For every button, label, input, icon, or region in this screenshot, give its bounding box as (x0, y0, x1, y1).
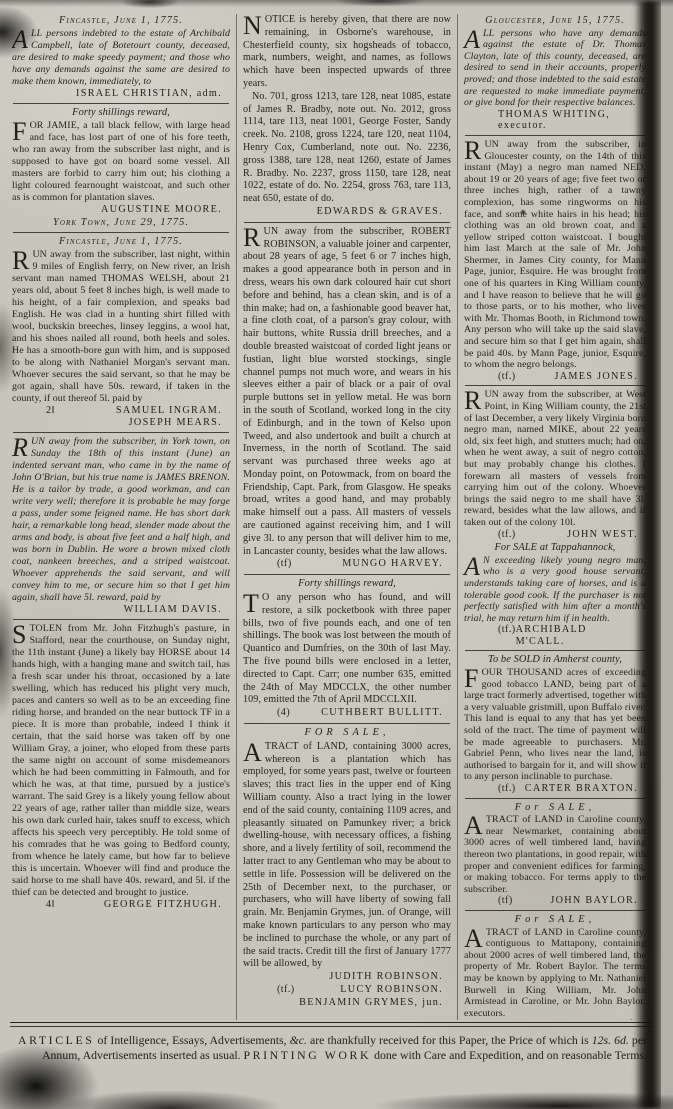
columns-area: Fincastle, June 1, 1775.ALL persons inde… (12, 14, 646, 1020)
ad-paragraph: RUN away from the subscriber, in York to… (12, 436, 230, 604)
advertisement: RUN away from the subscriber, in Glouces… (464, 139, 646, 382)
ad-divider (465, 135, 645, 136)
ad-body-text: UN away from the subscriber, in York tow… (12, 436, 230, 603)
footer-text: &c. (290, 1033, 307, 1047)
ad-dateline: Fincastle, June 1, 1775. (12, 15, 230, 27)
ad-body-text: TRACT of LAND, containing 3000 acres, wh… (243, 741, 451, 970)
drop-cap: A (464, 927, 486, 949)
ad-body-text: N exceeding likely young negro man, who … (464, 555, 646, 624)
ad-paragraph: ALL persons indebted to the estate of Ar… (12, 28, 230, 88)
ad-body-text: LL persons who have any demands against … (464, 28, 646, 109)
ad-signature: 2‖SAMUEL INGRAM. (12, 405, 230, 417)
advertisement: NOTICE is hereby given, that there are n… (243, 14, 451, 219)
signature-name: GEORGE FITZHUGH. (104, 899, 222, 911)
drop-cap: A (464, 28, 483, 50)
drop-cap: R (12, 436, 31, 458)
ad-signature: ISRAEL CHRISTIAN, adm. (12, 88, 230, 100)
signature-name: JOHN WEST. (567, 529, 638, 541)
ad-heading: To be SOLD in Amherst county, (464, 654, 646, 666)
ad-divider (13, 232, 229, 233)
ad-divider (465, 650, 645, 651)
ad-body-text: OTICE is hereby given, that there are no… (243, 14, 451, 89)
ad-signature: (tf.)LUCY ROBINSON. (243, 984, 451, 997)
drop-cap: R (464, 389, 484, 411)
signature-name: LUCY ROBINSON. (340, 984, 443, 997)
signature-name: JOSEPH MEARS. (129, 417, 222, 429)
ad-footline: York Town, June 29, 1775. (12, 217, 230, 229)
ad-heading: For SALE, (464, 802, 646, 814)
signature-mark: (tf.) (498, 783, 516, 795)
column-3: Gloucester, June 15, 1775.ALL persons wh… (464, 14, 646, 1020)
ad-divider (244, 574, 450, 575)
ad-paragraph: STOLEN from Mr. John Fitzhugh's pasture,… (12, 623, 230, 899)
ad-paragraph: RUN away from the subscriber, last night… (12, 249, 230, 405)
ad-dateline: Gloucester, June 15, 1775. (464, 15, 646, 27)
advertisement: Fincastle, June 1, 1775.RUN away from th… (12, 236, 230, 429)
signature-name: ARCHIBALD M'CALL. (516, 624, 638, 647)
ad-body-text: TRACT of LAND in Caroline county, contig… (464, 927, 646, 1019)
adjacent-page-edge (661, 0, 673, 1109)
ad-signature: EDWARDS & GRAVES. (243, 206, 451, 219)
drop-cap: R (243, 226, 263, 248)
advertisement: Forty shillings reward,FOR JAMIE, a tall… (12, 107, 230, 229)
ad-signature: (tf.)JOHN WEST. (464, 529, 646, 541)
ad-divider (13, 619, 229, 620)
ad-signature: (tf.)CARTER BRAXTON. (464, 783, 646, 795)
ad-heading: FOR SALE, (243, 727, 451, 740)
signature-mark: (tf) (277, 558, 292, 571)
ad-paragraph: ATRACT of LAND in Caroline county, near … (464, 814, 646, 895)
ad-paragraph: RUN away from the subscriber, in Glouces… (464, 139, 646, 371)
signature-name: ISRAEL CHRISTIAN, adm. (76, 88, 222, 100)
ad-paragraph: AN exceeding likely young negro man, who… (464, 555, 646, 625)
ad-body-text: OR JAMIE, a tall black fellow, with larg… (12, 120, 230, 203)
ad-signature: AUGUSTINE MOORE. (12, 204, 230, 216)
advertisement: To be SOLD in Amherst county,FOUR THOUSA… (464, 654, 646, 794)
advertisement: RUN away from the subscriber, ROBERT ROB… (243, 226, 451, 572)
footer-caps-text: PRINTING WORK (244, 1048, 372, 1062)
ad-signature: 4‖GEORGE FITZHUGH. (12, 899, 230, 911)
ad-heading: Forty shillings reward, (12, 107, 230, 119)
ad-paragraph: ALL persons who have any demands against… (464, 28, 646, 109)
ad-divider (13, 432, 229, 433)
drop-cap: A (464, 814, 486, 836)
footer-text: are thankfully received for this Paper, … (307, 1033, 592, 1047)
advertisement: STOLEN from Mr. John Fitzhugh's pasture,… (12, 623, 230, 911)
footer-text: done with Care and Expedition, and on re… (371, 1048, 647, 1062)
ad-signature: JOSEPH MEARS. (12, 417, 230, 429)
advertisement: FOR SALE,ATRACT of LAND, containing 3000… (243, 727, 451, 1010)
footer-caps-text: ARTICLES (18, 1033, 94, 1047)
signature-name: CUTHBERT BULLITT. (321, 707, 443, 720)
advertisement: RUN away from the subscriber, at West Po… (464, 389, 646, 540)
drop-cap: R (464, 139, 484, 161)
signature-name: JOHN BAYLOR. (550, 895, 638, 907)
ad-signature: (4)CUTHBERT BULLITT. (243, 707, 451, 720)
column-rule (457, 14, 458, 1020)
ad-body-text: O any person who has found, and will res… (243, 592, 451, 705)
drop-cap: A (243, 741, 265, 763)
ad-body-text: UN away from the subscriber, last night,… (12, 249, 230, 404)
newspaper-page: Fincastle, June 1, 1775.ALL persons inde… (0, 0, 673, 1109)
advertisement: For SALE at Tappahannock,AN exceeding li… (464, 542, 646, 647)
signature-name: AUGUSTINE MOORE. (101, 204, 222, 216)
ad-body-text: UN away from the subscriber, ROBERT ROBI… (243, 226, 451, 557)
ad-divider (244, 222, 450, 223)
ad-body-text: UN away from the subscriber, at West Poi… (464, 389, 646, 528)
ad-signature: BENJAMIN GRYMES, jun. (243, 997, 451, 1010)
ad-divider (465, 798, 645, 799)
drop-cap: F (12, 120, 30, 142)
signature-mark: (tf.) (498, 529, 516, 541)
signature-name: JAMES JONES. (554, 371, 638, 383)
column-1: Fincastle, June 1, 1775.ALL persons inde… (12, 14, 230, 1020)
signature-mark: 4‖ (46, 899, 55, 911)
drop-cap: F (464, 667, 482, 689)
ad-signature: (tf.)ARCHIBALD M'CALL. (464, 624, 646, 647)
ad-signature: (tf)JOHN BAYLOR. (464, 895, 646, 907)
ad-heading: For SALE at Tappahannock, (464, 542, 646, 554)
drop-cap: T (243, 592, 262, 614)
advertisement: Gloucester, June 15, 1775.ALL persons wh… (464, 15, 646, 132)
ad-signature: WILLIAM DAVIS. (12, 604, 230, 616)
ad-body-text: TOLEN from Mr. John Fitzhugh's pasture, … (12, 623, 230, 898)
footer-notice: ARTICLES of Intelligence, Essays, Advert… (16, 1033, 647, 1062)
ad-paragraph: RUN away from the subscriber, at West Po… (464, 389, 646, 528)
ad-paragraph: FOUR THOUSAND acres of exceeding good to… (464, 667, 646, 783)
drop-cap: R (12, 249, 32, 271)
ad-signature: (tf)MUNGO HARVEY. (243, 558, 451, 571)
ad-body-text: LL persons indebted to the estate of Arc… (12, 28, 230, 87)
footer-divider (10, 1022, 651, 1027)
advertisement: For SALE,ATRACT of LAND in Caroline coun… (464, 914, 646, 1020)
ad-paragraph: RUN away from the subscriber, ROBERT ROB… (243, 226, 451, 559)
footer-text: of Intelligence, Essays, Advertisements, (94, 1033, 289, 1047)
ad-paragraph: TO any person who has found, and will re… (243, 592, 451, 707)
drop-cap: N (243, 14, 265, 36)
signature-name: BENJAMIN GRYMES, jun. (299, 997, 443, 1010)
signature-mark: (tf.) (498, 624, 516, 647)
ad-body-text: UN away from the subscriber, in Gloucest… (464, 139, 646, 370)
advertisement: RUN away from the subscriber, in York to… (12, 436, 230, 616)
advertisement: For SALE,ATRACT of LAND in Caroline coun… (464, 802, 646, 907)
ad-paragraph: NOTICE is hereby given, that there are n… (243, 14, 451, 91)
ad-paragraph: ATRACT of LAND in Caroline county, conti… (464, 927, 646, 1020)
signature-name: CARTER BRAXTON. (525, 783, 638, 795)
ad-signature: (tf.)JAMES JONES. (464, 371, 646, 383)
ad-signature: THOMAS WHITING, executor. (464, 109, 646, 132)
signature-mark: 2‖ (46, 405, 55, 417)
signature-name: SAMUEL INGRAM. (116, 405, 222, 417)
signature-mark: (4) (277, 707, 290, 720)
signature-mark: (tf.) (498, 371, 516, 383)
signature-mark: (tf.) (277, 984, 295, 997)
ad-divider (465, 910, 645, 911)
signature-name: MUNGO HARVEY. (342, 558, 443, 571)
page-gutter-shadow (634, 0, 664, 1109)
signature-name: THOMAS WHITING, executor. (498, 109, 638, 132)
advertisement: Forty shillings reward,TO any person who… (243, 578, 451, 720)
footer-text: 12s. 6d. (592, 1033, 629, 1047)
ad-paragraph: ATRACT of LAND, containing 3000 acres, w… (243, 741, 451, 971)
ad-divider (244, 723, 450, 724)
ad-divider (465, 385, 645, 386)
ad-heading: For SALE, (464, 914, 646, 926)
column-rule (236, 14, 237, 1020)
ad-signature: JUDITH ROBINSON. (243, 971, 451, 984)
signature-mark: (tf) (498, 895, 513, 907)
ad-signature: (tf) (464, 1019, 646, 1020)
drop-cap: S (12, 623, 30, 645)
column-2: NOTICE is hereby given, that there are n… (243, 14, 451, 1020)
ad-heading: Forty shillings reward, (243, 578, 451, 591)
ad-divider (13, 103, 229, 104)
ad-dateline: Fincastle, June 1, 1775. (12, 236, 230, 248)
ad-body-text: TRACT of LAND in Caroline county, near N… (464, 814, 646, 895)
signature-name: EDWARDS & GRAVES. (317, 206, 443, 219)
advertisement: Fincastle, June 1, 1775.ALL persons inde… (12, 15, 230, 100)
ad-body-continued: No. 701, gross 1213, tare 128, neat 1085… (243, 91, 451, 206)
signature-name: WILLIAM DAVIS. (124, 604, 222, 616)
signature-name: JUDITH ROBINSON. (329, 971, 443, 984)
drop-cap: A (464, 555, 483, 577)
ad-paragraph: FOR JAMIE, a tall black fellow, with lar… (12, 120, 230, 204)
drop-cap: A (12, 28, 31, 50)
ad-body-text: OUR THOUSAND acres of exceeding good tob… (464, 667, 646, 782)
